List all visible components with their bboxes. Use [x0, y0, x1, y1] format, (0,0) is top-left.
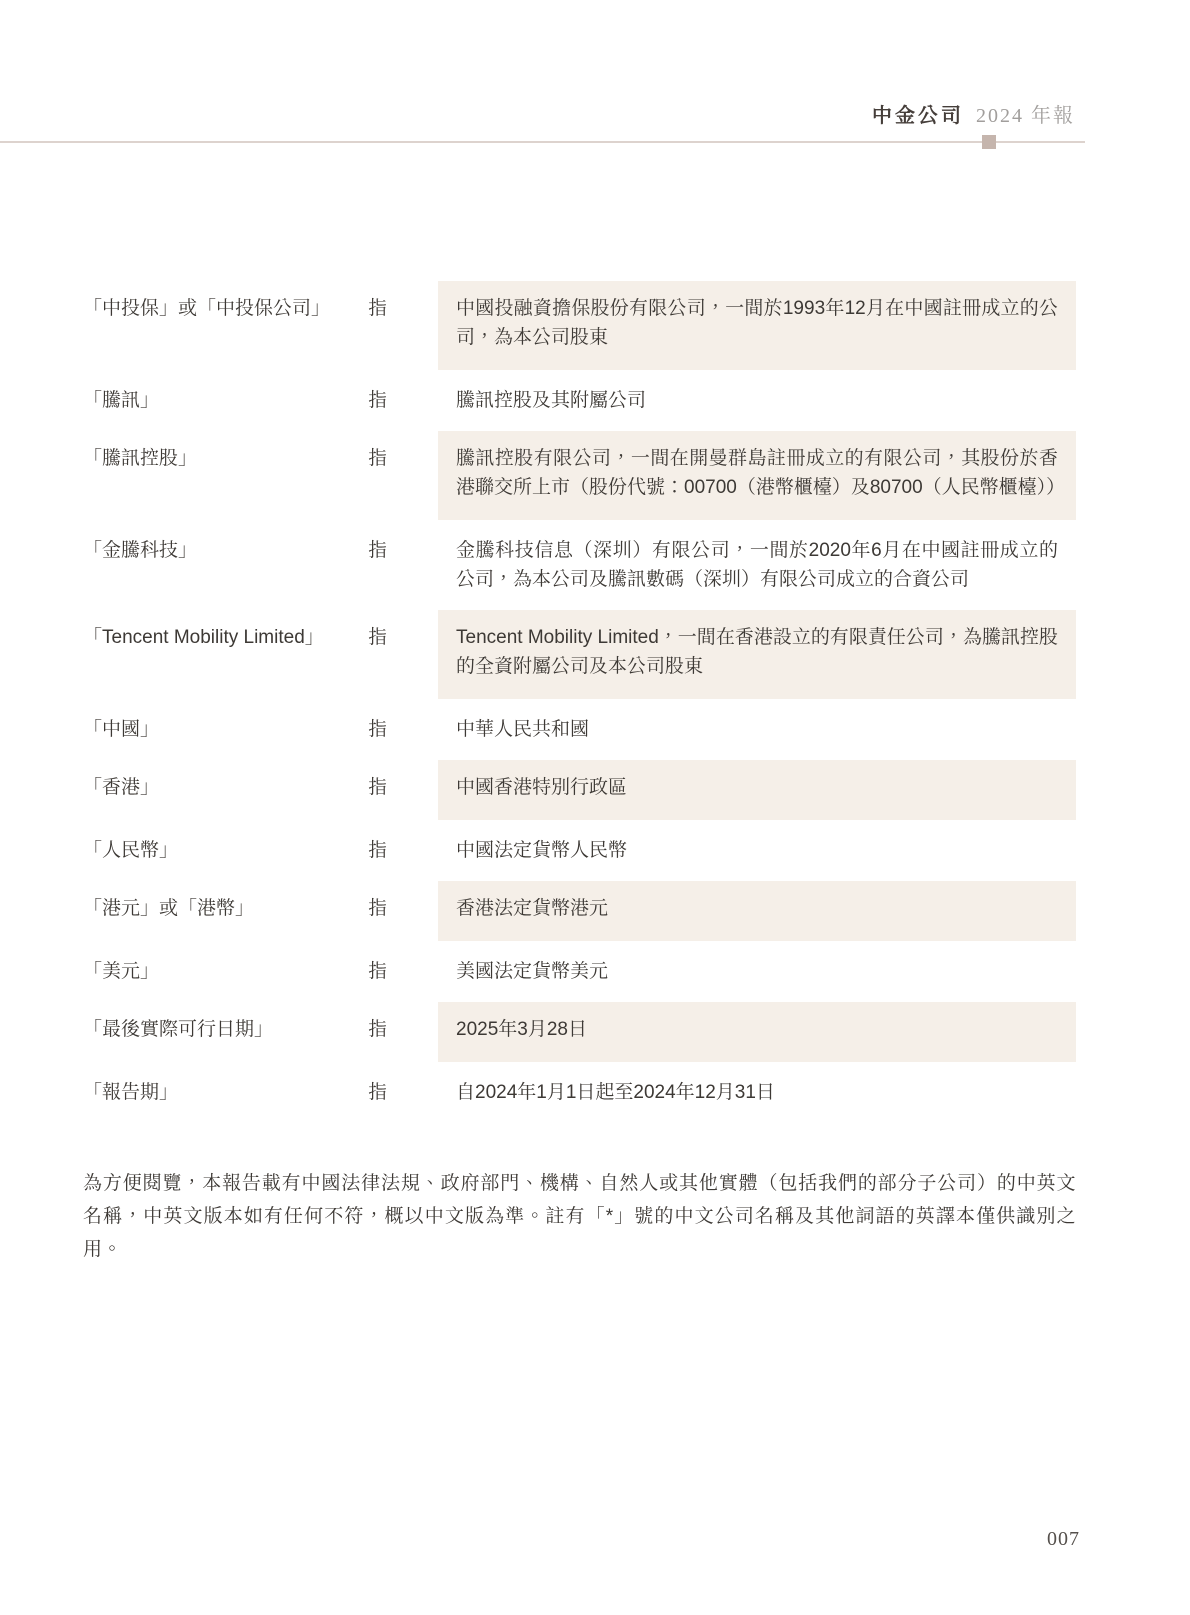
definition-row: 「報告期」 指 自2024年1月1日起至2024年12月31日 — [83, 1078, 1076, 1107]
definition-gloss: 指 — [360, 431, 438, 520]
report-page: 中金公司2024 年報 「中投保」或「中投保公司」 指 中國投融資擔保股份有限公… — [0, 0, 1190, 1615]
definition-row: 「金騰科技」 指 金騰科技信息（深圳）有限公司，一間於2020年6月在中國註冊成… — [83, 536, 1076, 594]
definition-text: 騰訊控股及其附屬公司 — [438, 386, 1076, 415]
definition-gloss: 指 — [360, 610, 438, 699]
definition-term: 「騰訊」 — [83, 386, 360, 415]
definition-gloss: 指 — [360, 836, 438, 865]
definition-text: 自2024年1月1日起至2024年12月31日 — [438, 1078, 1076, 1107]
definition-text: 香港法定貨幣港元 — [438, 881, 1076, 941]
definition-row: 「最後實際可行日期」 指 2025年3月28日 — [83, 1002, 1076, 1062]
definition-gloss: 指 — [360, 1002, 438, 1062]
page-number: 007 — [1047, 1528, 1080, 1551]
definition-text: 2025年3月28日 — [438, 1002, 1076, 1062]
company-name: 中金公司 — [872, 105, 964, 127]
definition-row: 「中國」 指 中華人民共和國 — [83, 715, 1076, 744]
definition-gloss: 指 — [360, 536, 438, 594]
definition-text: 中國投融資擔保股份有限公司，一間於1993年12月在中國註冊成立的公司，為本公司… — [438, 281, 1076, 370]
definition-text: 金騰科技信息（深圳）有限公司，一間於2020年6月在中國註冊成立的公司，為本公司… — [438, 536, 1076, 594]
definition-term: 「人民幣」 — [83, 836, 360, 865]
definition-text: 中華人民共和國 — [438, 715, 1076, 744]
report-year: 2024 年報 — [976, 105, 1075, 127]
definition-term: 「美元」 — [83, 957, 360, 986]
definition-term: 「報告期」 — [83, 1078, 360, 1107]
header-divider-marker — [982, 135, 996, 149]
definitions-section: 「中投保」或「中投保公司」 指 中國投融資擔保股份有限公司，一間於1993年12… — [83, 281, 1076, 1266]
definition-gloss: 指 — [360, 386, 438, 415]
definition-term: 「騰訊控股」 — [83, 431, 360, 520]
definition-row: 「香港」 指 中國香港特別行政區 — [83, 760, 1076, 820]
definition-text: 騰訊控股有限公司，一間在開曼群島註冊成立的有限公司，其股份於香港聯交所上市（股份… — [438, 431, 1076, 520]
definition-term: 「最後實際可行日期」 — [83, 1002, 360, 1062]
definition-gloss: 指 — [360, 760, 438, 820]
definition-row: 「騰訊」 指 騰訊控股及其附屬公司 — [83, 386, 1076, 415]
definition-gloss: 指 — [360, 1078, 438, 1107]
definition-text: 中國香港特別行政區 — [438, 760, 1076, 820]
definition-text: 美國法定貨幣美元 — [438, 957, 1076, 986]
definition-row: 「Tencent Mobility Limited」 指 Tencent Mob… — [83, 610, 1076, 699]
definition-row: 「人民幣」 指 中國法定貨幣人民幣 — [83, 836, 1076, 865]
definition-row: 「騰訊控股」 指 騰訊控股有限公司，一間在開曼群島註冊成立的有限公司，其股份於香… — [83, 431, 1076, 520]
language-version-note: 為方便閱覽，本報告載有中國法律法規、政府部門、機構、自然人或其他實體（包括我們的… — [83, 1167, 1076, 1266]
definition-text: 中國法定貨幣人民幣 — [438, 836, 1076, 865]
definition-term: 「中投保」或「中投保公司」 — [83, 281, 360, 370]
definition-row: 「中投保」或「中投保公司」 指 中國投融資擔保股份有限公司，一間於1993年12… — [83, 281, 1076, 370]
definition-term: 「香港」 — [83, 760, 360, 820]
definition-text: Tencent Mobility Limited，一間在香港設立的有限責任公司，… — [438, 610, 1076, 699]
definition-gloss: 指 — [360, 715, 438, 744]
definitions-list: 「中投保」或「中投保公司」 指 中國投融資擔保股份有限公司，一間於1993年12… — [83, 281, 1076, 1107]
definition-row: 「美元」 指 美國法定貨幣美元 — [83, 957, 1076, 986]
header-divider-line — [0, 141, 1085, 143]
definition-term: 「金騰科技」 — [83, 536, 360, 594]
definition-row: 「港元」或「港幣」 指 香港法定貨幣港元 — [83, 881, 1076, 941]
page-header: 中金公司2024 年報 — [872, 102, 1075, 130]
definition-gloss: 指 — [360, 957, 438, 986]
definition-term: 「港元」或「港幣」 — [83, 881, 360, 941]
definition-gloss: 指 — [360, 881, 438, 941]
definition-term: 「Tencent Mobility Limited」 — [83, 610, 360, 699]
definition-gloss: 指 — [360, 281, 438, 370]
definition-term: 「中國」 — [83, 715, 360, 744]
